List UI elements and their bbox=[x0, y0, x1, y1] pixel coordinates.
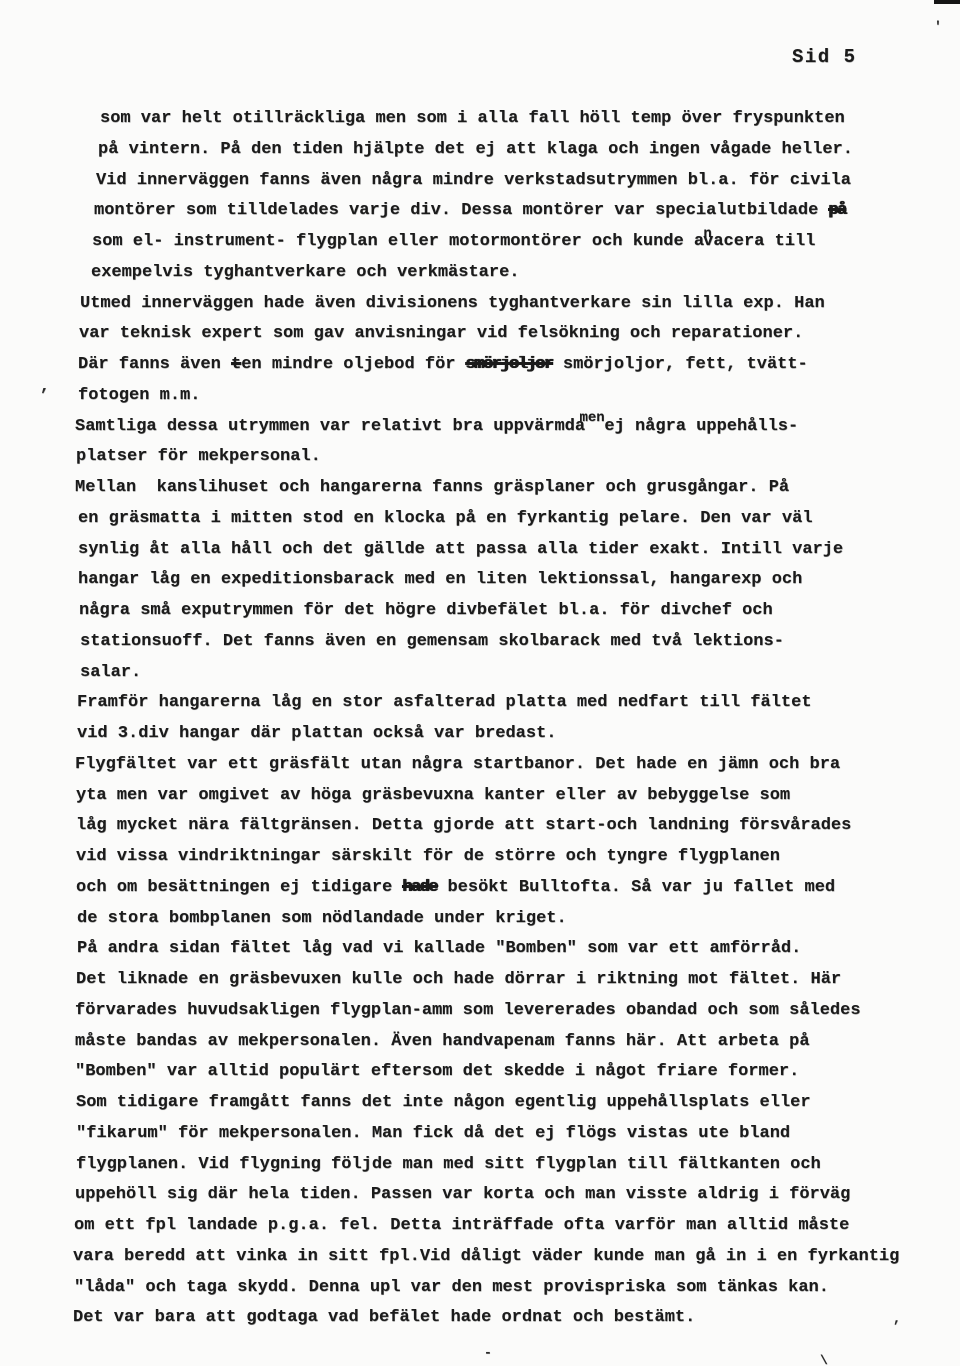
text-segment: ej några uppehålls- bbox=[604, 417, 798, 436]
text-line: Det liknade en gräsbevuxen kulle och had… bbox=[0, 965, 960, 996]
page-number: Sid 5 bbox=[792, 46, 857, 68]
text-line: montörer som tilldelades varje div. Dess… bbox=[0, 196, 960, 227]
text-line: som el- instrument- flygplan eller motor… bbox=[0, 227, 960, 258]
text-segment-sup-n: n bbox=[703, 226, 711, 242]
text-segment: flygplanen. Vid flygning följde man med … bbox=[76, 1155, 821, 1174]
text-line: Där fanns även ten mindre oljebod för sm… bbox=[0, 350, 960, 381]
text-segment-xstruck: hade bbox=[402, 878, 437, 897]
text-segment: Vid innerväggen fanns även några mindre … bbox=[96, 171, 851, 190]
text-segment: "låda" och taga skydd. Denna upl var den… bbox=[74, 1278, 829, 1297]
scan-edge-artifact bbox=[934, 0, 960, 4]
text-segment: stationsuoff. Det fanns även en gemensam… bbox=[80, 632, 784, 651]
text-line: exempelvis tyghantverkare och verkmästar… bbox=[0, 258, 960, 289]
text-line: en gräsmatta i mitten stod en klocka på … bbox=[0, 504, 960, 535]
text-line: Mellan kanslihuset och hangarerna fanns … bbox=[0, 473, 960, 504]
margin-comma-artifact: , bbox=[40, 378, 50, 394]
text-line: platser för mekpersonal. bbox=[0, 442, 960, 473]
text-line: "låda" och taga skydd. Denna upl var den… bbox=[0, 1273, 960, 1304]
text-line: stationsuoff. Det fanns även en gemensam… bbox=[0, 627, 960, 658]
text-segment: uppehöll sig där hela tiden. Passen var … bbox=[75, 1185, 850, 1204]
text-line: de stora bombplanen som nödlandade under… bbox=[0, 904, 960, 935]
text-segment-xstruck: på bbox=[829, 201, 846, 220]
text-segment: platser för mekpersonal. bbox=[76, 447, 321, 466]
text-line: Flygfältet var ett gräsfält utan några s… bbox=[0, 750, 960, 781]
text-segment: vara beredd att vinka in sitt fpl.Vid då… bbox=[73, 1247, 899, 1266]
text-line: vid vissa vindriktningar särskilt för de… bbox=[0, 842, 960, 873]
scan-speck: \ bbox=[820, 1354, 828, 1366]
text-line: uppehöll sig där hela tiden. Passen var … bbox=[0, 1180, 960, 1211]
text-segment: Det var bara att godtaga vad befälet had… bbox=[73, 1308, 695, 1327]
text-segment: exempelvis tyghantverkare och verkmästar… bbox=[91, 263, 519, 282]
text-line: om ett fpl landade p.g.a. fel. Detta int… bbox=[0, 1211, 960, 1242]
text-segment: "Bomben" var alltid populärt eftersom de… bbox=[75, 1062, 799, 1081]
text-line: yta men var omgivet av höga gräsbevuxna … bbox=[0, 781, 960, 812]
text-segment: synlig åt alla håll och det gällde att p… bbox=[78, 540, 843, 559]
text-block: som var helt otillräckliga men som i all… bbox=[0, 104, 960, 1334]
text-line: Som tidigare framgått fanns det inte någ… bbox=[0, 1088, 960, 1119]
text-segment: om ett fpl landade p.g.a. fel. Detta int… bbox=[74, 1216, 849, 1235]
document-page: ' Sid 5 som var helt otillräckliga men s… bbox=[0, 0, 960, 1366]
text-segment: Utmed innerväggen hade även divisionens … bbox=[80, 294, 825, 313]
scan-speck: , bbox=[893, 1312, 901, 1325]
text-segment: Flygfältet var ett gräsfält utan några s… bbox=[75, 755, 840, 774]
text-segment: förvarades huvudsakligen flygplan-amm so… bbox=[75, 1001, 861, 1020]
text-segment: måste bandas av mekpersonalen. Även hand… bbox=[75, 1032, 810, 1051]
text-segment: Där fanns även bbox=[78, 355, 231, 374]
text-segment: vacera till bbox=[703, 232, 815, 251]
text-line: Samtliga dessa utrymmen var relativt bra… bbox=[0, 412, 960, 443]
text-segment: fotogen m.m. bbox=[78, 386, 200, 405]
text-segment: salar. bbox=[80, 663, 141, 682]
text-segment: vid 3.div hangar där plattan också var b… bbox=[77, 724, 556, 743]
text-segment-sup: men bbox=[580, 410, 605, 426]
text-segment-strike: t bbox=[231, 355, 241, 374]
text-line: fotogen m.m. bbox=[0, 381, 960, 412]
text-segment: på vintern. På den tiden hjälpte det ej … bbox=[98, 140, 853, 159]
text-line: låg mycket nära fältgränsen. Detta gjord… bbox=[0, 811, 960, 842]
text-line: flygplanen. Vid flygning följde man med … bbox=[0, 1150, 960, 1181]
text-segment-xstruck: smörjoljor bbox=[466, 355, 553, 374]
text-line: vid 3.div hangar där plattan också var b… bbox=[0, 719, 960, 750]
text-line: hangar låg en expeditionsbarack med en l… bbox=[0, 565, 960, 596]
text-line: vara beredd att vinka in sitt fpl.Vid då… bbox=[0, 1242, 960, 1273]
text-line: Det var bara att godtaga vad befälet had… bbox=[0, 1303, 960, 1334]
text-line: förvarades huvudsakligen flygplan-amm so… bbox=[0, 996, 960, 1027]
text-segment: några små exputrymmen för det högre divb… bbox=[79, 601, 773, 620]
text-segment: som var helt otillräckliga men som i all… bbox=[100, 109, 845, 128]
text-segment: som el- instrument- flygplan eller motor… bbox=[92, 232, 704, 251]
scan-speck: ' bbox=[934, 20, 942, 33]
text-segment: en mindre oljebod för bbox=[241, 355, 465, 374]
text-segment: montörer som tilldelades varje div. Dess… bbox=[94, 201, 829, 220]
text-segment: hangar låg en expeditionsbarack med en l… bbox=[78, 570, 802, 589]
text-segment: Samtliga dessa utrymmen var relativt bra… bbox=[75, 417, 585, 436]
text-line: På andra sidan fältet låg vad vi kallade… bbox=[0, 934, 960, 965]
text-segment: Som tidigare framgått fanns det inte någ… bbox=[76, 1093, 811, 1112]
text-line: "fikarum" för mekpersonalen. Man fick då… bbox=[0, 1119, 960, 1150]
text-segment: vid vissa vindriktningar särskilt för de… bbox=[76, 847, 780, 866]
text-segment: besökt Bulltofta. Så var ju fallet med bbox=[437, 878, 835, 897]
text-segment: och om besättningen ej tidigare bbox=[76, 878, 402, 897]
text-segment: yta men var omgivet av höga gräsbevuxna … bbox=[76, 786, 790, 805]
text-segment: På andra sidan fältet låg vad vi kallade… bbox=[77, 939, 801, 958]
text-line: Vid innerväggen fanns även några mindre … bbox=[0, 166, 960, 197]
text-line: "Bomben" var alltid populärt eftersom de… bbox=[0, 1057, 960, 1088]
text-segment: en gräsmatta i mitten stod en klocka på … bbox=[78, 509, 813, 528]
text-segment: smörjoljor, fett, tvätt- bbox=[553, 355, 808, 374]
text-line: på vintern. På den tiden hjälpte det ej … bbox=[0, 135, 960, 166]
text-segment: var teknisk expert som gav anvisningar v… bbox=[79, 324, 803, 343]
text-segment: Det liknade en gräsbevuxen kulle och had… bbox=[76, 970, 841, 989]
text-line: några små exputrymmen för det högre divb… bbox=[0, 596, 960, 627]
text-segment: "fikarum" för mekpersonalen. Man fick då… bbox=[76, 1124, 790, 1143]
text-segment: Mellan kanslihuset och hangarerna fanns … bbox=[75, 478, 789, 497]
text-line: var teknisk expert som gav anvisningar v… bbox=[0, 319, 960, 350]
text-line: Utmed innerväggen hade även divisionens … bbox=[0, 289, 960, 320]
text-segment: Framför hangarerna låg en stor asfaltera… bbox=[77, 693, 812, 712]
text-line: synlig åt alla håll och det gällde att p… bbox=[0, 535, 960, 566]
text-line: och om besättningen ej tidigare hade bes… bbox=[0, 873, 960, 904]
scan-speck: - bbox=[484, 1346, 492, 1359]
text-line: som var helt otillräckliga men som i all… bbox=[0, 104, 960, 135]
text-segment: låg mycket nära fältgränsen. Detta gjord… bbox=[76, 816, 851, 835]
text-line: måste bandas av mekpersonalen. Även hand… bbox=[0, 1027, 960, 1058]
text-segment: de stora bombplanen som nödlandade under… bbox=[77, 909, 567, 928]
text-line: salar. bbox=[0, 658, 960, 689]
text-line: Framför hangarerna låg en stor asfaltera… bbox=[0, 688, 960, 719]
